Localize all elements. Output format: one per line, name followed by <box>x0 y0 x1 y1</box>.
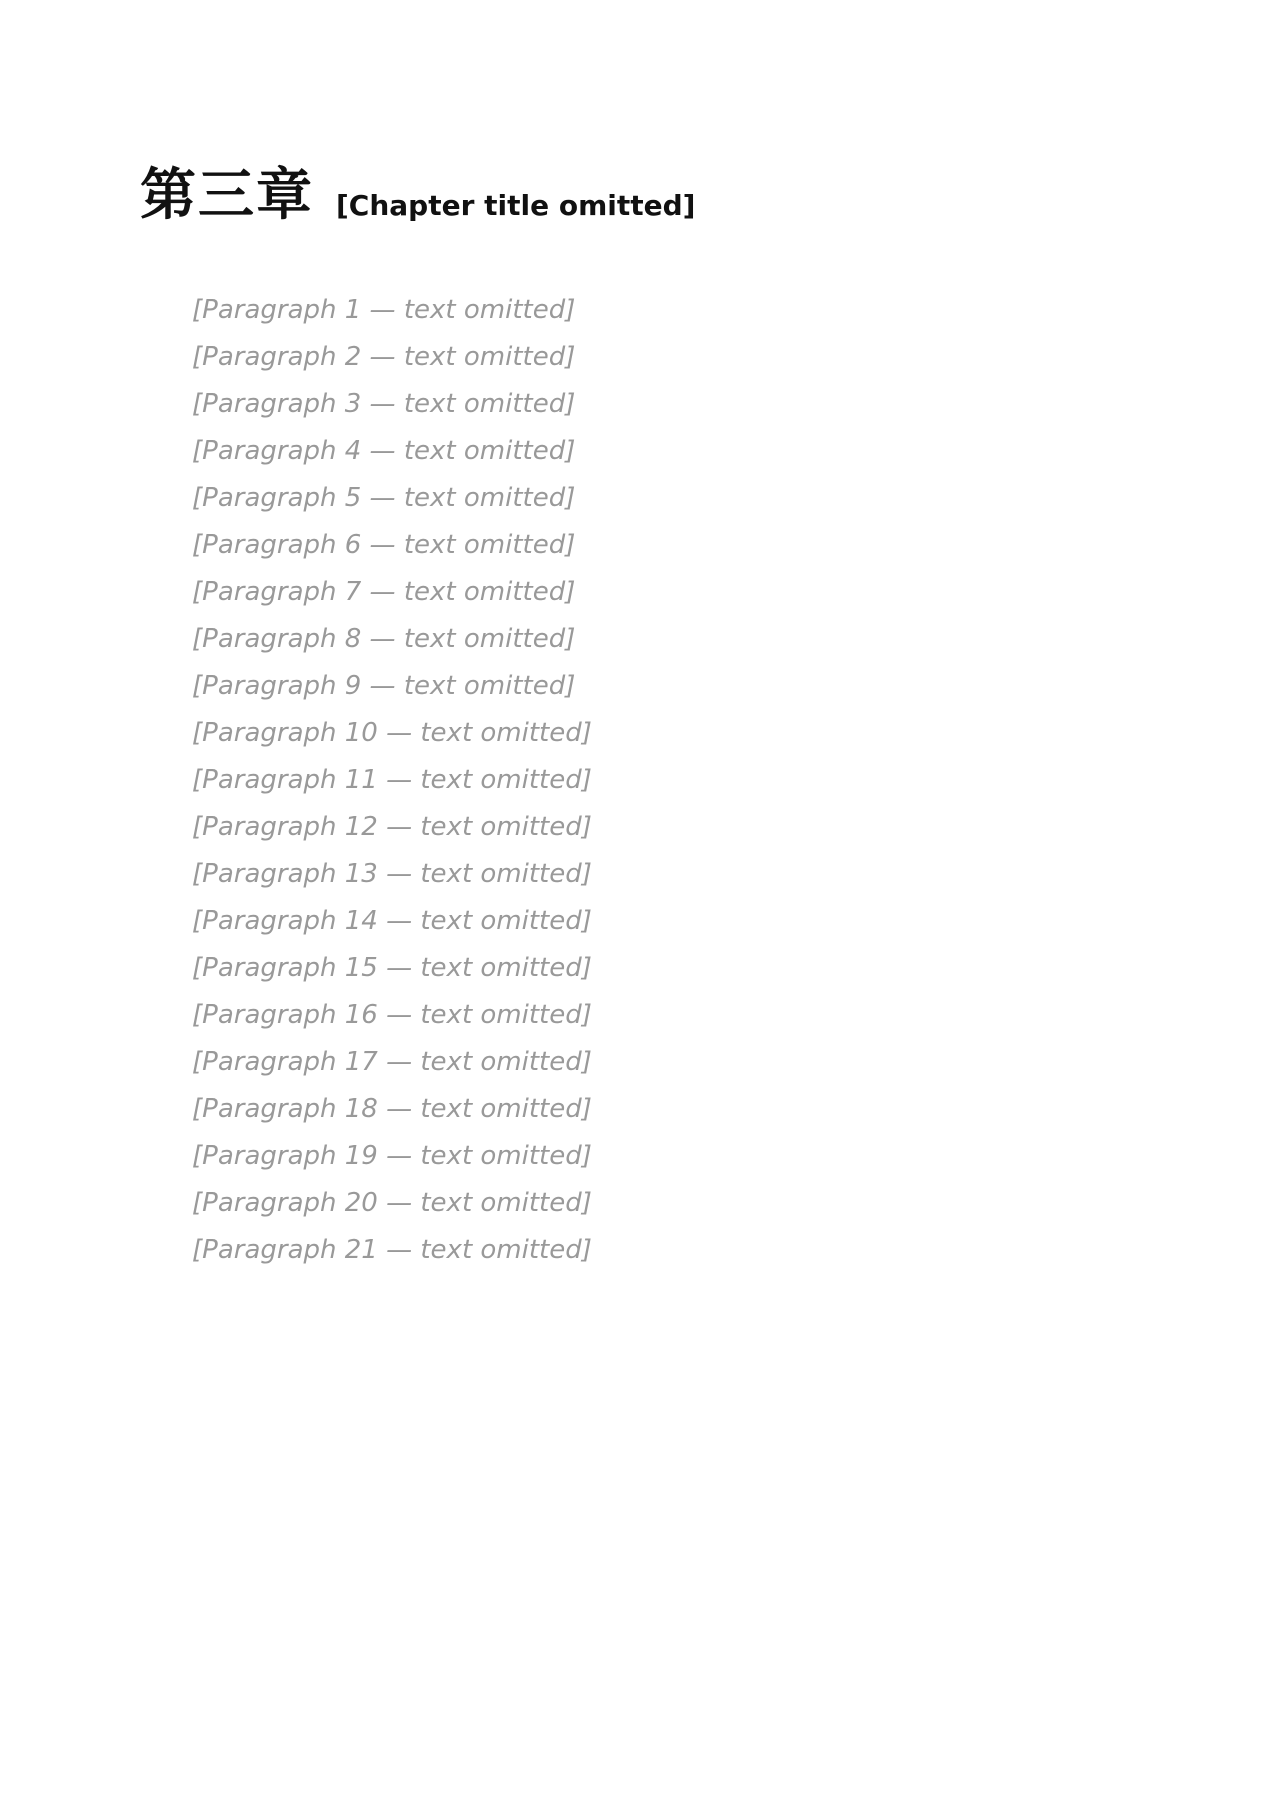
paragraph: [Paragraph 14 — text omitted] <box>140 903 1150 940</box>
paragraph: [Paragraph 15 — text omitted] <box>140 950 1150 987</box>
paragraph: [Paragraph 16 — text omitted] <box>140 997 1150 1034</box>
paragraph: [Paragraph 3 — text omitted] <box>140 386 1150 423</box>
paragraph: [Paragraph 1 — text omitted] <box>140 292 1150 329</box>
paragraph: [Paragraph 19 — text omitted] <box>140 1138 1150 1175</box>
paragraph: [Paragraph 10 — text omitted] <box>140 715 1150 752</box>
paragraph: [Paragraph 13 — text omitted] <box>140 856 1150 893</box>
paragraph: [Paragraph 17 — text omitted] <box>140 1044 1150 1081</box>
paragraph: [Paragraph 12 — text omitted] <box>140 809 1150 846</box>
paragraph: [Paragraph 21 — text omitted] <box>140 1232 1150 1269</box>
paragraph: [Paragraph 6 — text omitted] <box>140 527 1150 564</box>
body-text: [Paragraph 1 — text omitted][Paragraph 2… <box>140 292 1150 1279</box>
paragraph: [Paragraph 20 — text omitted] <box>140 1185 1150 1222</box>
chapter-title: [Chapter title omitted] <box>336 192 695 220</box>
paragraph: [Paragraph 8 — text omitted] <box>140 621 1150 658</box>
paragraph: [Paragraph 11 — text omitted] <box>140 762 1150 799</box>
paragraph: [Paragraph 7 — text omitted] <box>140 574 1150 611</box>
paragraph: [Paragraph 4 — text omitted] <box>140 433 1150 470</box>
chapter-heading: 第三章 [Chapter title omitted] <box>140 168 695 224</box>
paragraph: [Paragraph 9 — text omitted] <box>140 668 1150 705</box>
paragraph: [Paragraph 2 — text omitted] <box>140 339 1150 376</box>
paragraph: [Paragraph 5 — text omitted] <box>140 480 1150 517</box>
chapter-number: 第三章 <box>140 168 314 224</box>
paragraph: [Paragraph 18 — text omitted] <box>140 1091 1150 1128</box>
